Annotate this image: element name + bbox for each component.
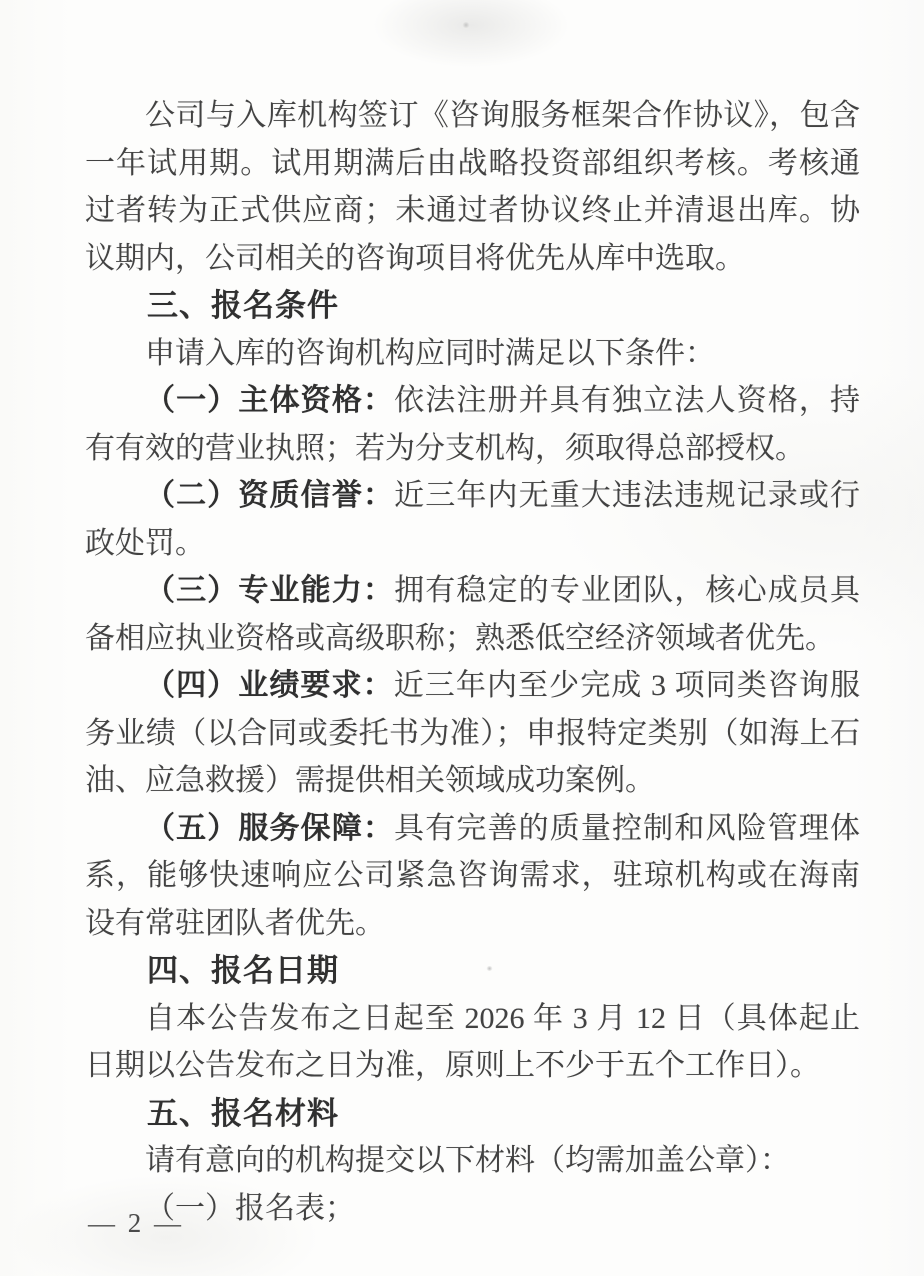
text-run: 请有意向的机构提交以下材料（均需加盖公章）：: [145, 1144, 790, 1177]
bold-text-run: 五、报名材料: [147, 1096, 339, 1131]
text-run: 申请入库的咨询机构应同时满足以下条件：: [145, 337, 715, 370]
section-heading: 五、报名材料: [85, 1090, 860, 1138]
bold-text-run: （二）资质信誉：: [145, 479, 394, 512]
paragraph: （五）服务保障：具有完善的质量控制和风险管理体系，能够快速响应公司紧急咨询需求，…: [85, 805, 860, 948]
paragraph: 自本公告发布之日起至 2026 年 3 月 12 日（具体起止日期以公告发布之日…: [85, 995, 860, 1090]
bold-text-run: （一）主体资格：: [145, 384, 394, 417]
paragraph: （一）主体资格：依法注册并具有独立法人资格，持有有效的营业执照；若为分支机构，须…: [85, 377, 860, 472]
scanned-document-page: 公司与入库机构签订《咨询服务框架合作协议》，包含一年试用期。试用期满后由战略投资…: [0, 0, 924, 1276]
paragraph: 公司与入库机构签订《咨询服务框架合作协议》，包含一年试用期。试用期满后由战略投资…: [85, 92, 860, 282]
text-run: 自本公告发布之日起至 2026 年 3 月 12 日（具体起止日期以公告发布之日…: [85, 1002, 860, 1083]
bold-text-run: 四、报名日期: [147, 953, 339, 988]
paragraph: 请有意向的机构提交以下材料（均需加盖公章）：: [85, 1137, 860, 1185]
text-run: 公司与入库机构签订《咨询服务框架合作协议》，包含一年试用期。试用期满后由战略投资…: [85, 99, 860, 275]
paragraph: （二）资质信誉：近三年内无重大违法违规记录或行政处罚。: [85, 472, 860, 567]
paragraph: （三）专业能力：拥有稳定的专业团队，核心成员具备相应执业资格或高级职称；熟悉低空…: [85, 567, 860, 662]
bold-text-run: （四）业绩要求：: [145, 669, 394, 702]
section-heading: 三、报名条件: [85, 282, 860, 330]
bold-text-run: （三）专业能力：: [145, 574, 394, 607]
paragraph: 申请入库的咨询机构应同时满足以下条件：: [85, 330, 860, 378]
scan-smudge: [462, 22, 470, 28]
paragraph: （四）业绩要求：近三年内至少完成 3 项同类咨询服务业绩（以合同或委托书为准）；…: [85, 662, 860, 805]
paragraph: （一）报名表；: [85, 1185, 860, 1233]
bold-text-run: 三、报名条件: [147, 288, 339, 323]
document-body: 公司与入库机构签订《咨询服务框架合作协议》，包含一年试用期。试用期满后由战略投资…: [85, 92, 860, 1232]
section-heading: 四、报名日期: [85, 947, 860, 995]
page-number: — 2 —: [88, 1208, 184, 1239]
bold-text-run: （五）服务保障：: [145, 812, 394, 845]
